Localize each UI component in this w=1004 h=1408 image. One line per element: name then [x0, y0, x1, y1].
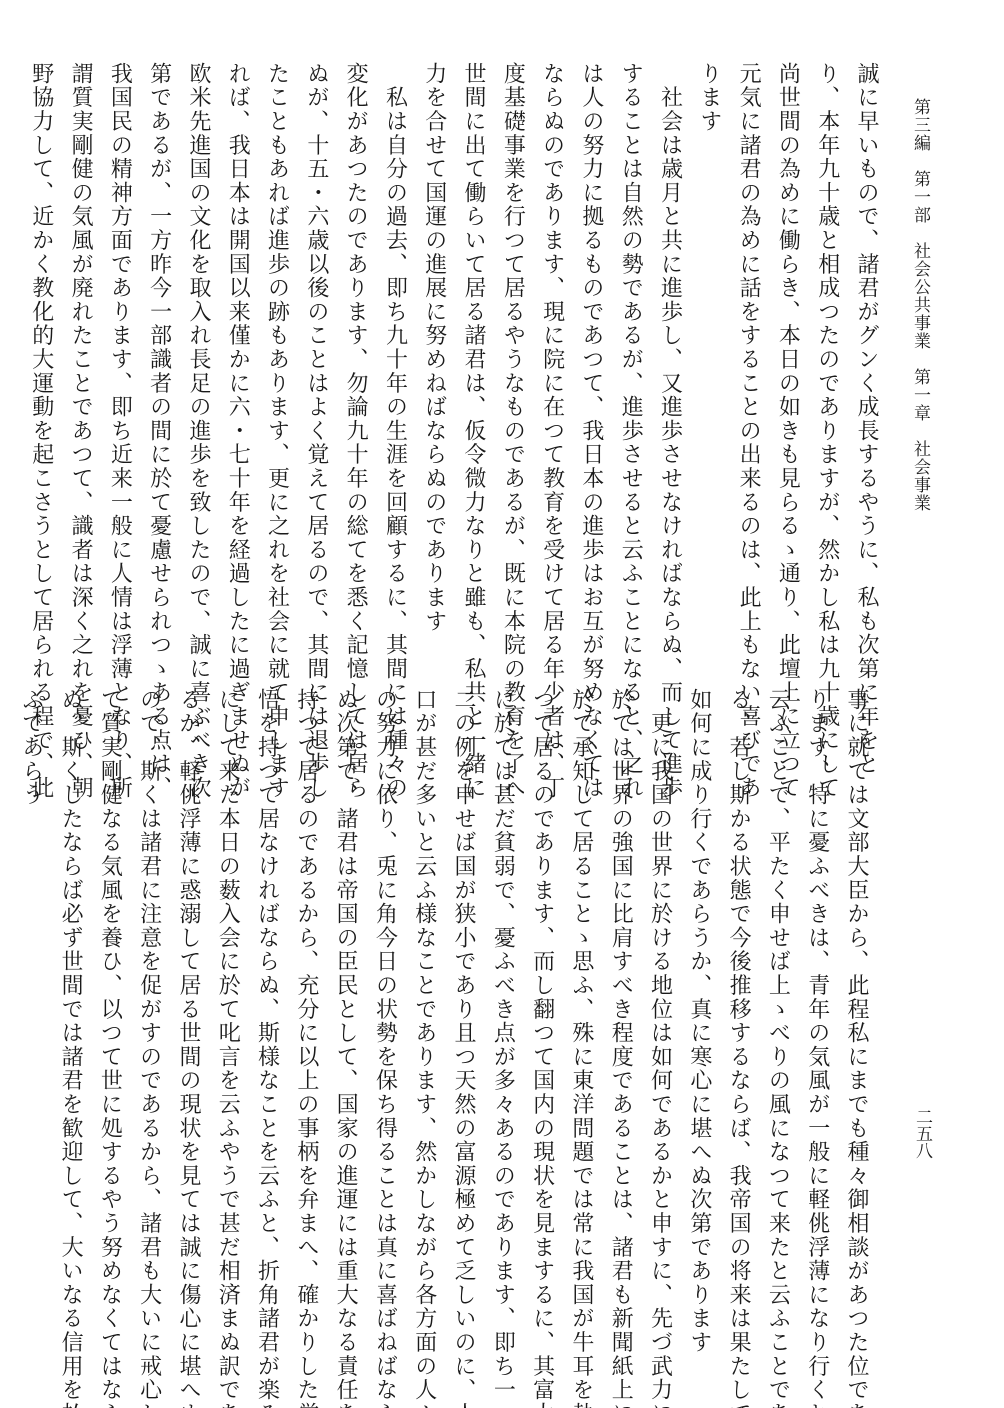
text-line: 我国民の精神方面であります、即ち近来一般に人情は浮薄となり、所 — [100, 62, 139, 662]
text-line: 如何に成り行くであらうか、真に寒心に堪へぬ次第であります — [680, 688, 719, 1308]
text-line: 世間に出て働らいて居る諸君は、仮令微力なりと雖も、私共と一緒に — [454, 62, 493, 662]
text-line: ります — [690, 62, 729, 662]
text-line: ぬが、十五・六歳以後のことはよく覚えて居るので、其間には退歩し — [297, 62, 336, 662]
text-line: 度基礎事業を行つて居るやうなものであるが、既に本院の教育を了へ — [493, 62, 532, 662]
text-line: 欧米先進国の文化を取入れ長足の進歩を致したので、誠に喜ぶべき次 — [179, 62, 218, 662]
text-line: たこともあれば進歩の跡もあります、更に之れを社会に就て申します — [257, 62, 296, 662]
text-line: 誠に早いもので、諸君がグンく成長するやうに、私も次第に年をと — [847, 62, 886, 662]
text-line: るが、軽佻浮薄に惑溺して居る世間の現状を見ては誠に傷心に堪へぬ — [169, 688, 208, 1308]
text-line: つて居るのであります、而し翻つて国内の現状を見まするに、其富力 — [522, 688, 561, 1308]
text-line: にして来た本日の薮入会に於て叱言を云ふやうで甚だ相済まぬ訳であ — [208, 688, 247, 1308]
text-line: 第であるが、一方昨今一部識者の間に於て憂慮せられつゝある点は、 — [139, 62, 178, 662]
text-line: 於て承知して居ることゝ思ふ、殊に東洋問題では常に我国が牛耳を執 — [562, 688, 601, 1308]
text-line: て質実剛健なる気風を養ひ、以つて世に処するやう努めなくてはなら — [90, 688, 129, 1308]
text-line: 更に我国の世界に於ける地位は如何であるかと申すに、先づ武力に — [640, 688, 679, 1308]
text-line: 悟を持つて居なければならぬ、斯様なことを云ふと、折角諸君が楽み — [247, 688, 286, 1308]
running-header: 第三編 第一部 社会公共事業 第一章 社会事業 — [908, 98, 933, 512]
text-line: 力を合せて国運の進展に努めねばならぬのであります — [414, 62, 453, 662]
text-line: 野協力して、近かく教化的大運動を起こさうとして居られる程で、此 — [21, 62, 60, 662]
text-line: ります、特に憂ふべきは、青年の気風が一般に軽佻浮薄になり行くと — [797, 688, 836, 1308]
text-line: 口が甚だ多いと云ふ様なことであります、然かしながら各方面の人々 — [404, 688, 443, 1308]
text-line: の努力に依り、兎に角今日の状勢を保ち得ることは真に喜ばねばなら — [365, 688, 404, 1308]
text-line: ぬ、斯くしたならば必ず世間では諸君を歓迎して、大いなる信用を払 — [51, 688, 90, 1308]
text-line: 二の例を申せば国が狭小であり且つ天然の富源極めて乏しいのに、人 — [444, 688, 483, 1308]
text-line: することは自然の勢であるが、進歩させると云ふことになると、之れ — [611, 62, 650, 662]
text-line: る、若し斯かる状態で今後推移するならば、我帝国の将来は果たして — [719, 688, 758, 1308]
text-block-bottom: 事に就ては文部大臣から、此程私にまでも種々御相談があつた位であ ります、特に憂ふ… — [11, 688, 876, 1308]
text-line: 於ては世界の強国に比肩すべき程度であることは、諸君も新聞紙上に — [601, 688, 640, 1308]
text-line: ぬ次第で、諸君は帝国の臣民として、国家の進運には重大なる責任を — [326, 688, 365, 1308]
text-line: 持つて居るのであるから、充分に以上の事柄を弁まへ、確かりした覚 — [287, 688, 326, 1308]
text-line: は人の努力に拠るものであつて、我日本の進歩はお互が努めなくては — [572, 62, 611, 662]
text-line: 事に就ては文部大臣から、此程私にまでも種々御相談があつた位であ — [837, 688, 876, 1308]
text-line: 社会は歳月と共に進歩し、又進歩させなければならぬ、而して進歩 — [650, 62, 689, 662]
text-line: ので、斯くは諸君に注意を促がすのであるから、諸君も大いに戒心し — [129, 688, 168, 1308]
text-block-top: 誠に早いもので、諸君がグンく成長するやうに、私も次第に年をと り、本年九十歳と相… — [21, 62, 886, 662]
text-line: 元気に諸君の為めに話をすることの出来るのは、此上もない喜びであ — [729, 62, 768, 662]
text-line: れば、我日本は開国以来僅かに六・七十年を経過したに過ぎませぬが — [218, 62, 257, 662]
text-line: 尚世間の為めに働らき、本日の如きも見らるゝ通り、此壇上に立つて — [768, 62, 807, 662]
text-line: ふであらう — [11, 688, 50, 1308]
text-line: ならぬのであります、現に院に在つて教育を受けて居る年少者は、丁 — [532, 62, 571, 662]
text-line: り、本年九十歳と相成つたのでありますが、然かし私は九十歳にして — [807, 62, 846, 662]
text-line: 謂質実剛健の気風が廃れたことであつて、識者は深く之れを憂ひ、朝 — [61, 62, 100, 662]
text-line: に於ては甚だ貧弱で、憂ふべき点が多々あるのであります、即ち一・ — [483, 688, 522, 1308]
text-line: 変化があつたのであります、勿論九十年の総てを悉く記憶しては居ら — [336, 62, 375, 662]
page-number: 二五八 — [910, 1108, 935, 1159]
text-line: 云ふことで、平たく申せば上ゝべりの風になつて来たと云ふことであ — [758, 688, 797, 1308]
text-line: 私は自分の過去、即ち九十年の生涯を回顧するに、其間には種々の — [375, 62, 414, 662]
